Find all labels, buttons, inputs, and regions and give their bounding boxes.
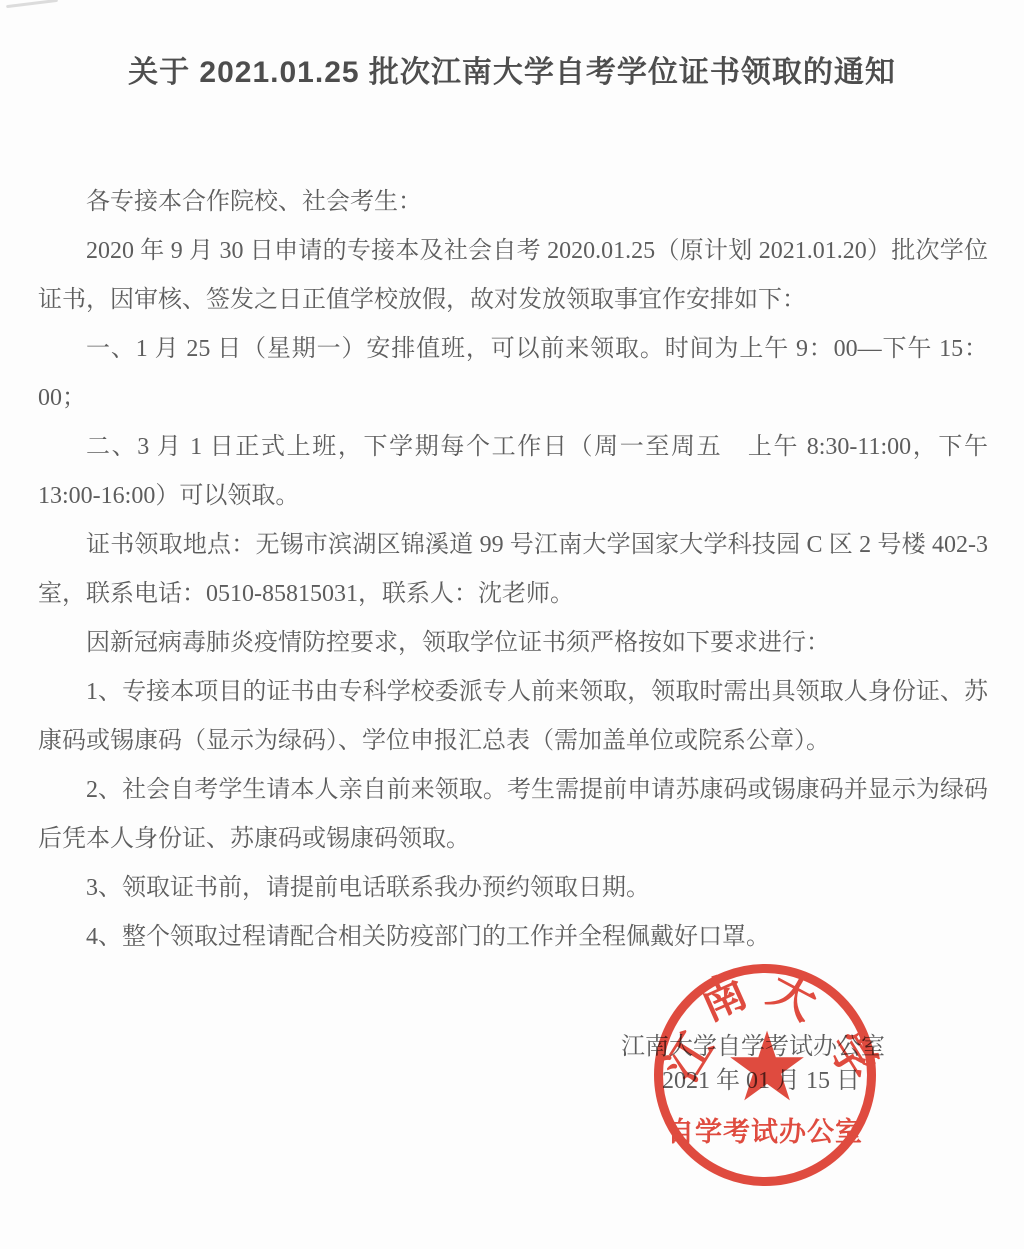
body-paragraph: 2、社会自考学生请本人亲自前来领取。考生需提前申请苏康码或锡康码并显示为绿码后凭… [38,766,988,864]
seal-office-text: 自学考试办公室 [654,1110,876,1149]
notice-body: 各专接本合作院校、社会考生： 2020 年 9 月 30 日申请的专接本及社会自… [0,178,1024,962]
body-paragraph: 2020 年 9 月 30 日申请的专接本及社会自考 2020.01.25（原计… [38,227,988,325]
body-paragraph: 二、3 月 1 日正式上班，下学期每个工作日（周一至周五 上午 8:30-11:… [38,423,988,521]
seal-arc-character: 大 [762,965,824,1027]
signature-organization: 江南大学自学考试办公室 [0,1030,885,1064]
signature-date: 2021 年 01 月 15 日 [0,1064,885,1098]
scan-artifact-mark [6,0,58,8]
page-title: 关于 2021.01.25 批次江南大学自考学位证书领取的通知 [0,47,1024,91]
body-paragraph: 4、整个领取过程请配合相关防疫部门的工作并全程佩戴好口罩。 [38,913,988,962]
seal-arc-character: 南 [693,967,754,1028]
body-paragraph: 3、领取证书前，请提前电话联系我办预约领取日期。 [38,864,988,913]
salutation-line: 各专接本合作院校、社会考生： [38,178,988,227]
body-paragraph: 证书领取地点：无锡市滨湖区锦溪道 99 号江南大学国家大学科技园 C 区 2 号… [38,521,988,619]
body-paragraph: 一、1 月 25 日（星期一）安排值班，可以前来领取。时间为上午 9：00—下午… [38,325,988,423]
scanned-notice-page: 关于 2021.01.25 批次江南大学自考学位证书领取的通知 各专接本合作院校… [0,0,1024,1249]
body-paragraph: 1、专接本项目的证书由专科学校委派专人前来领取，领取时需出具领取人身份证、苏康码… [38,668,988,766]
body-paragraph: 因新冠病毒肺炎疫情防控要求，领取学位证书须严格按如下要求进行： [38,619,988,668]
signature-block: 江南大学自学考试办公室 2021 年 01 月 15 日 [0,1030,1024,1098]
